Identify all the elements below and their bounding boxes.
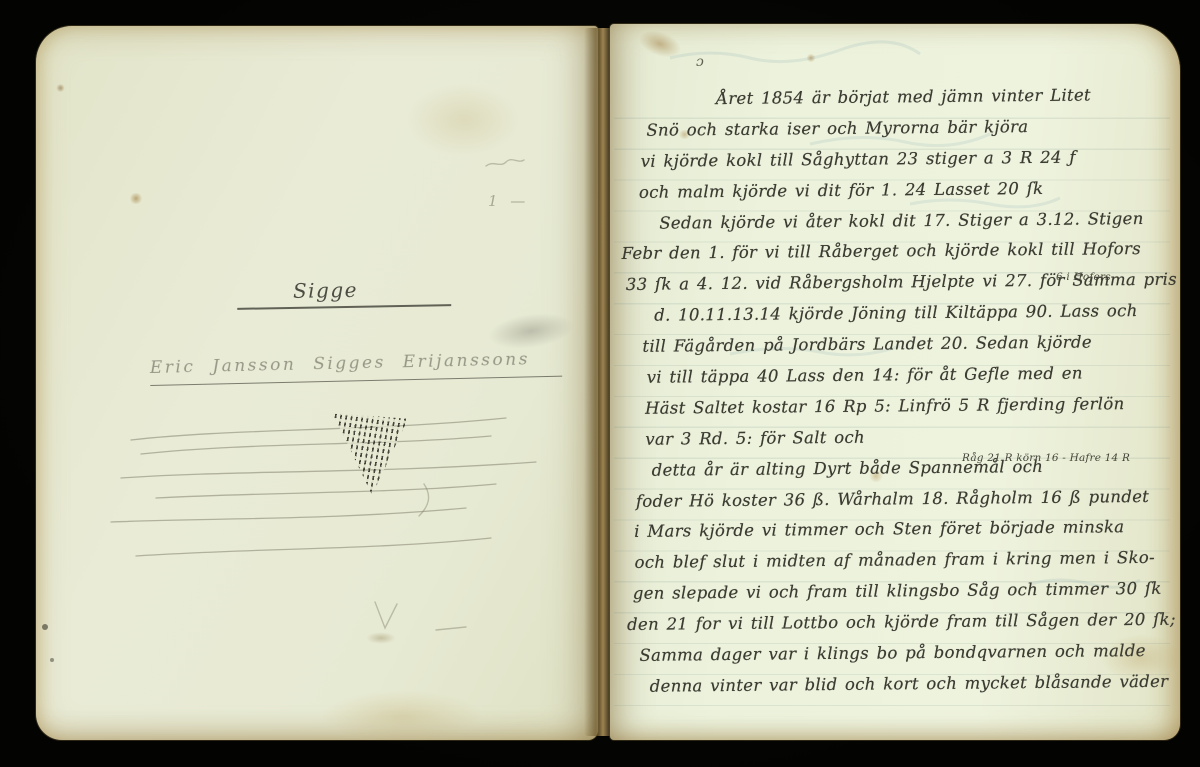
interlinear-note-hofors: 6 i Hofors (1056, 271, 1111, 283)
pencil-marks-layer (36, 26, 598, 740)
pencil-line (136, 538, 491, 556)
manuscript-line: vi kjörde kokl till Såghyttan 23 stiger … (641, 146, 1175, 182)
stain (806, 54, 816, 62)
photo-background: Sigge Eric Jansson Sigges Erijanssons 1 … (0, 0, 1200, 767)
stain (635, 25, 685, 63)
manuscript-line: Snö och starka iser och Myrorna bär kjör… (646, 116, 1174, 152)
interlinear-note-prices: Råg 21 R körn 16 - Hafre 14 R (962, 452, 1130, 464)
manuscript-line: Samma dager var i klings bo på bondqvarn… (639, 641, 1179, 677)
manuscript-line: och malm kjörde vi dit för 1. 24 Lasset … (639, 177, 1175, 213)
ghost-stroke (670, 42, 920, 62)
pencil-line (141, 436, 491, 454)
pencil-check-mark (375, 602, 397, 628)
pencil-dash-mark (436, 627, 466, 630)
manuscript-line: Häst Saltet kostar 16 Rp 5: Linfrö 5 R f… (645, 394, 1177, 430)
pencil-line (111, 508, 466, 522)
pencil-line (156, 484, 496, 498)
manuscript-line: denna vinter var blid och kort och mycke… (650, 672, 1180, 708)
pencil-scribble (486, 160, 524, 166)
pencil-line (131, 418, 506, 440)
right-page: ɔ Året 1854 är börjat med jämn vinter Li… (610, 24, 1180, 740)
top-pen-mark: ɔ (696, 54, 704, 70)
manuscript-line: vi till täppa 40 Lass den 14: för åt Gef… (647, 363, 1177, 399)
pencil-line (121, 462, 536, 478)
manuscript-text-block: Året 1854 är börjat med jämn vinter Lite… (620, 85, 1180, 708)
left-page: Sigge Eric Jansson Sigges Erijanssons 1 … (36, 26, 598, 740)
manuscript-line: d. 10.11.13.14 kjörde Jöning till Kiltäp… (654, 301, 1176, 337)
manuscript-line: Året 1854 är börjat med jämn vinter Lite… (716, 85, 1174, 120)
manuscript-line: till Fägården på Jordbärs Landet 20. Sed… (642, 332, 1176, 368)
